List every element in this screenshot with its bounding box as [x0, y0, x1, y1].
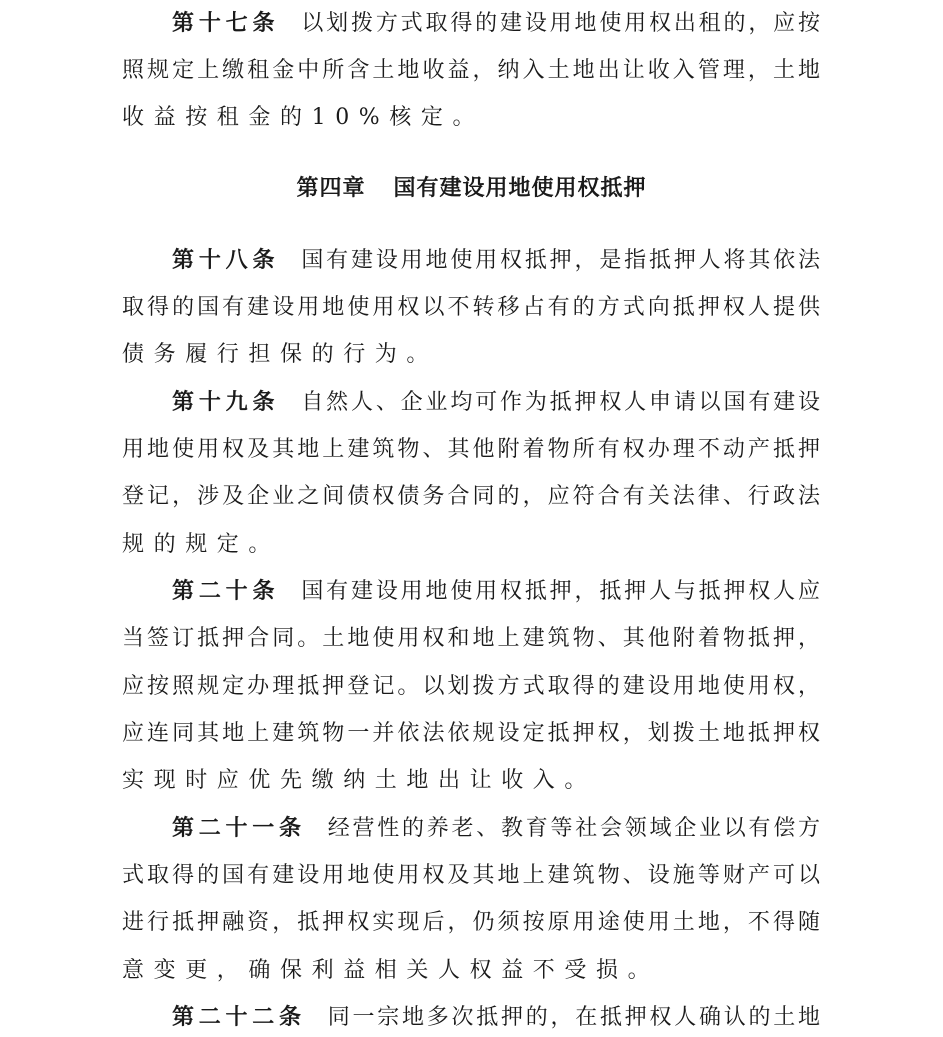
article-20-line-2: 当签订抵押合同。土地使用权和地上建筑物、其他附着物抵押， — [122, 622, 820, 656]
article-title: 第二十一条 — [172, 816, 306, 841]
article-18-line-1: 第十八条国有建设用地使用权抵押，是指抵押人将其依法 — [172, 244, 820, 278]
article-title: 第十七条 — [172, 11, 279, 36]
article-title: 第十九条 — [172, 390, 279, 415]
article-17-line-1: 第十七条以划拨方式取得的建设用地使用权出租的，应按 — [172, 7, 820, 41]
article-20-line-5: 实现时应优先缴纳土地出让收入。 — [122, 764, 820, 798]
article-20-line-3: 应按照规定办理抵押登记。以划拨方式取得的建设用地使用权， — [122, 670, 820, 704]
chapter-heading: 第四章国有建设用地使用权抵押 — [0, 172, 943, 206]
article-20-line-1: 第二十条国有建设用地使用权抵押，抵押人与抵押权人应 — [172, 575, 820, 609]
article-19-line-3: 登记，涉及企业之间债权债务合同的，应符合有关法律、行政法 — [122, 480, 820, 514]
article-21-line-4: 意变更，确保利益相关人权益不受损。 — [122, 954, 820, 988]
article-20-line-4: 应连同其地上建筑物一并依法依规设定抵押权，划拨土地抵押权 — [122, 717, 820, 751]
article-title: 第十八条 — [172, 248, 279, 273]
article-title: 第二十条 — [172, 579, 279, 604]
article-21-line-3: 进行抵押融资，抵押权实现后，仍须按原用途使用土地，不得随 — [122, 906, 820, 940]
article-21-line-1: 第二十一条经营性的养老、教育等社会领域企业以有偿方 — [172, 812, 820, 846]
article-18-line-3: 债务履行担保的行为。 — [122, 338, 820, 372]
article-title: 第二十二条 — [172, 1005, 306, 1030]
article-18-line-2: 取得的国有建设用地使用权以不转移占有的方式向抵押权人提供 — [122, 291, 820, 325]
chapter-number: 第四章 — [296, 176, 365, 201]
article-19-line-1: 第十九条自然人、企业均可作为抵押权人申请以国有建设 — [172, 386, 820, 420]
article-19-line-4: 规的规定。 — [122, 528, 820, 562]
article-22-line-1: 第二十二条同一宗地多次抵押的，在抵押权人确认的土地 — [172, 1001, 820, 1035]
chapter-title: 国有建设用地使用权抵押 — [394, 176, 647, 201]
article-21-line-2: 式取得的国有建设用地使用权及其地上建筑物、设施等财产可以 — [122, 859, 820, 893]
article-19-line-2: 用地使用权及其地上建筑物、其他附着物所有权办理不动产抵押 — [122, 433, 820, 467]
article-17-line-2: 照规定上缴租金中所含土地收益，纳入土地出让收入管理，土地 — [122, 54, 820, 88]
article-17-line-3: 收益按租金的10%核定。 — [122, 101, 820, 135]
